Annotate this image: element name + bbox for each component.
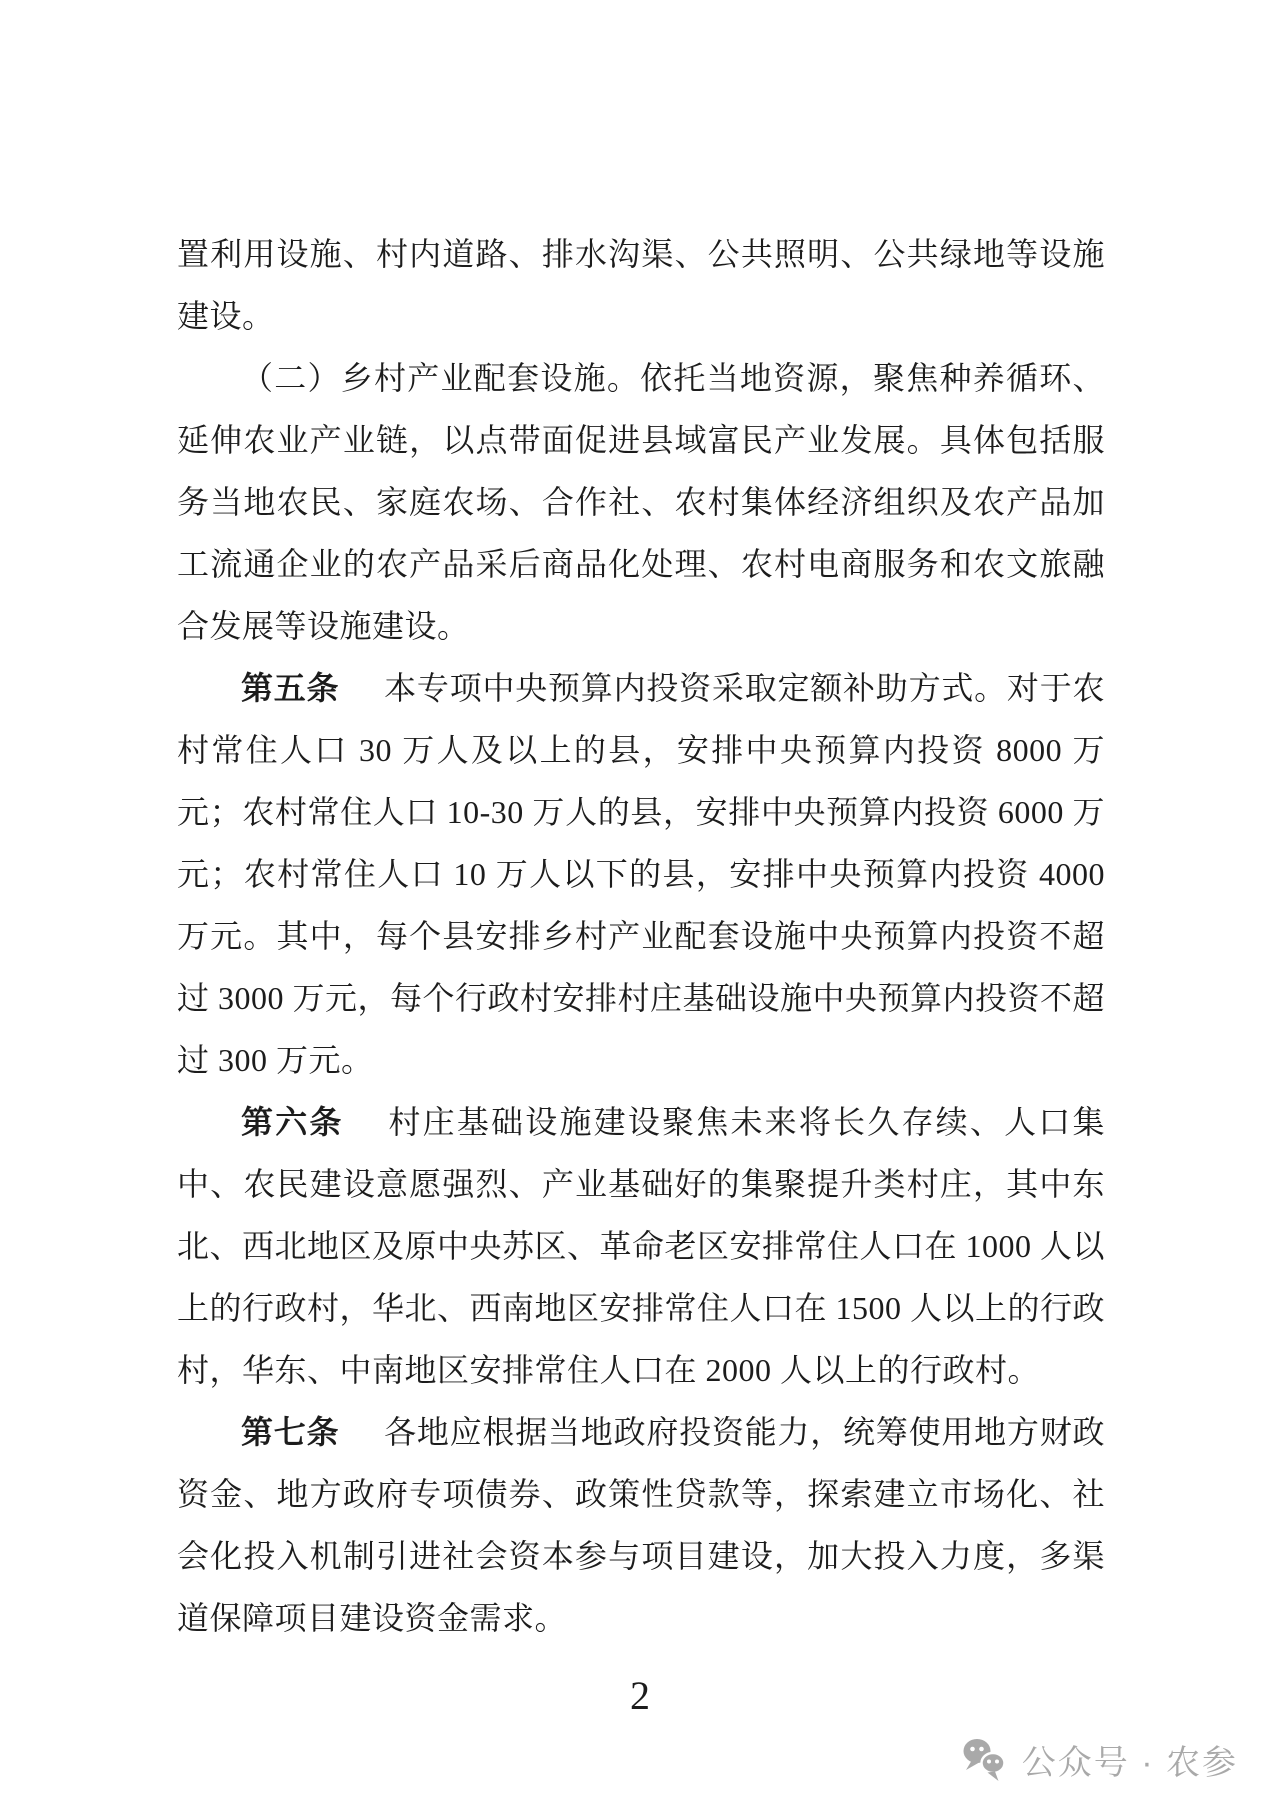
paragraph-article-7: 第七条各地应根据当地政府投资能力，统筹使用地方财政资金、地方政府专项债券、政策性…: [177, 1401, 1105, 1649]
paragraph-text: （二）乡村产业配套设施。依托当地资源，聚焦种养循环、延伸农业产业链，以点带面促进…: [177, 360, 1105, 644]
document-body: 置利用设施、村内道路、排水沟渠、公共照明、公共绿地等设施建设。 （二）乡村产业配…: [177, 223, 1105, 1649]
paragraph-text: 村庄基础设施建设聚焦未来将长久存续、人口集中、农民建设意愿强烈、产业基础好的集聚…: [177, 1104, 1105, 1388]
paragraph-text: 置利用设施、村内道路、排水沟渠、公共照明、公共绿地等设施建设。: [177, 236, 1105, 334]
watermark-label: 公众号 · 农参: [1022, 1735, 1238, 1784]
article-7-heading: 第七条: [241, 1414, 339, 1450]
paragraph-continuation: 置利用设施、村内道路、排水沟渠、公共照明、公共绿地等设施建设。: [177, 223, 1105, 347]
article-5-heading: 第五条: [241, 670, 339, 706]
article-6-heading: 第六条: [241, 1104, 344, 1140]
paragraph-article-5: 第五条本专项中央预算内投资采取定额补助方式。对于农村常住人口 30 万人及以上的…: [177, 657, 1105, 1091]
wechat-icon: [962, 1737, 1008, 1783]
paragraph-item-2: （二）乡村产业配套设施。依托当地资源，聚焦种养循环、延伸农业产业链，以点带面促进…: [177, 347, 1105, 657]
wechat-watermark: 公众号 · 农参: [962, 1735, 1238, 1784]
page-number: 2: [0, 1672, 1280, 1719]
paragraph-text: 本专项中央预算内投资采取定额补助方式。对于农村常住人口 30 万人及以上的县，安…: [177, 670, 1105, 1078]
paragraph-article-6: 第六条村庄基础设施建设聚焦未来将长久存续、人口集中、农民建设意愿强烈、产业基础好…: [177, 1091, 1105, 1401]
